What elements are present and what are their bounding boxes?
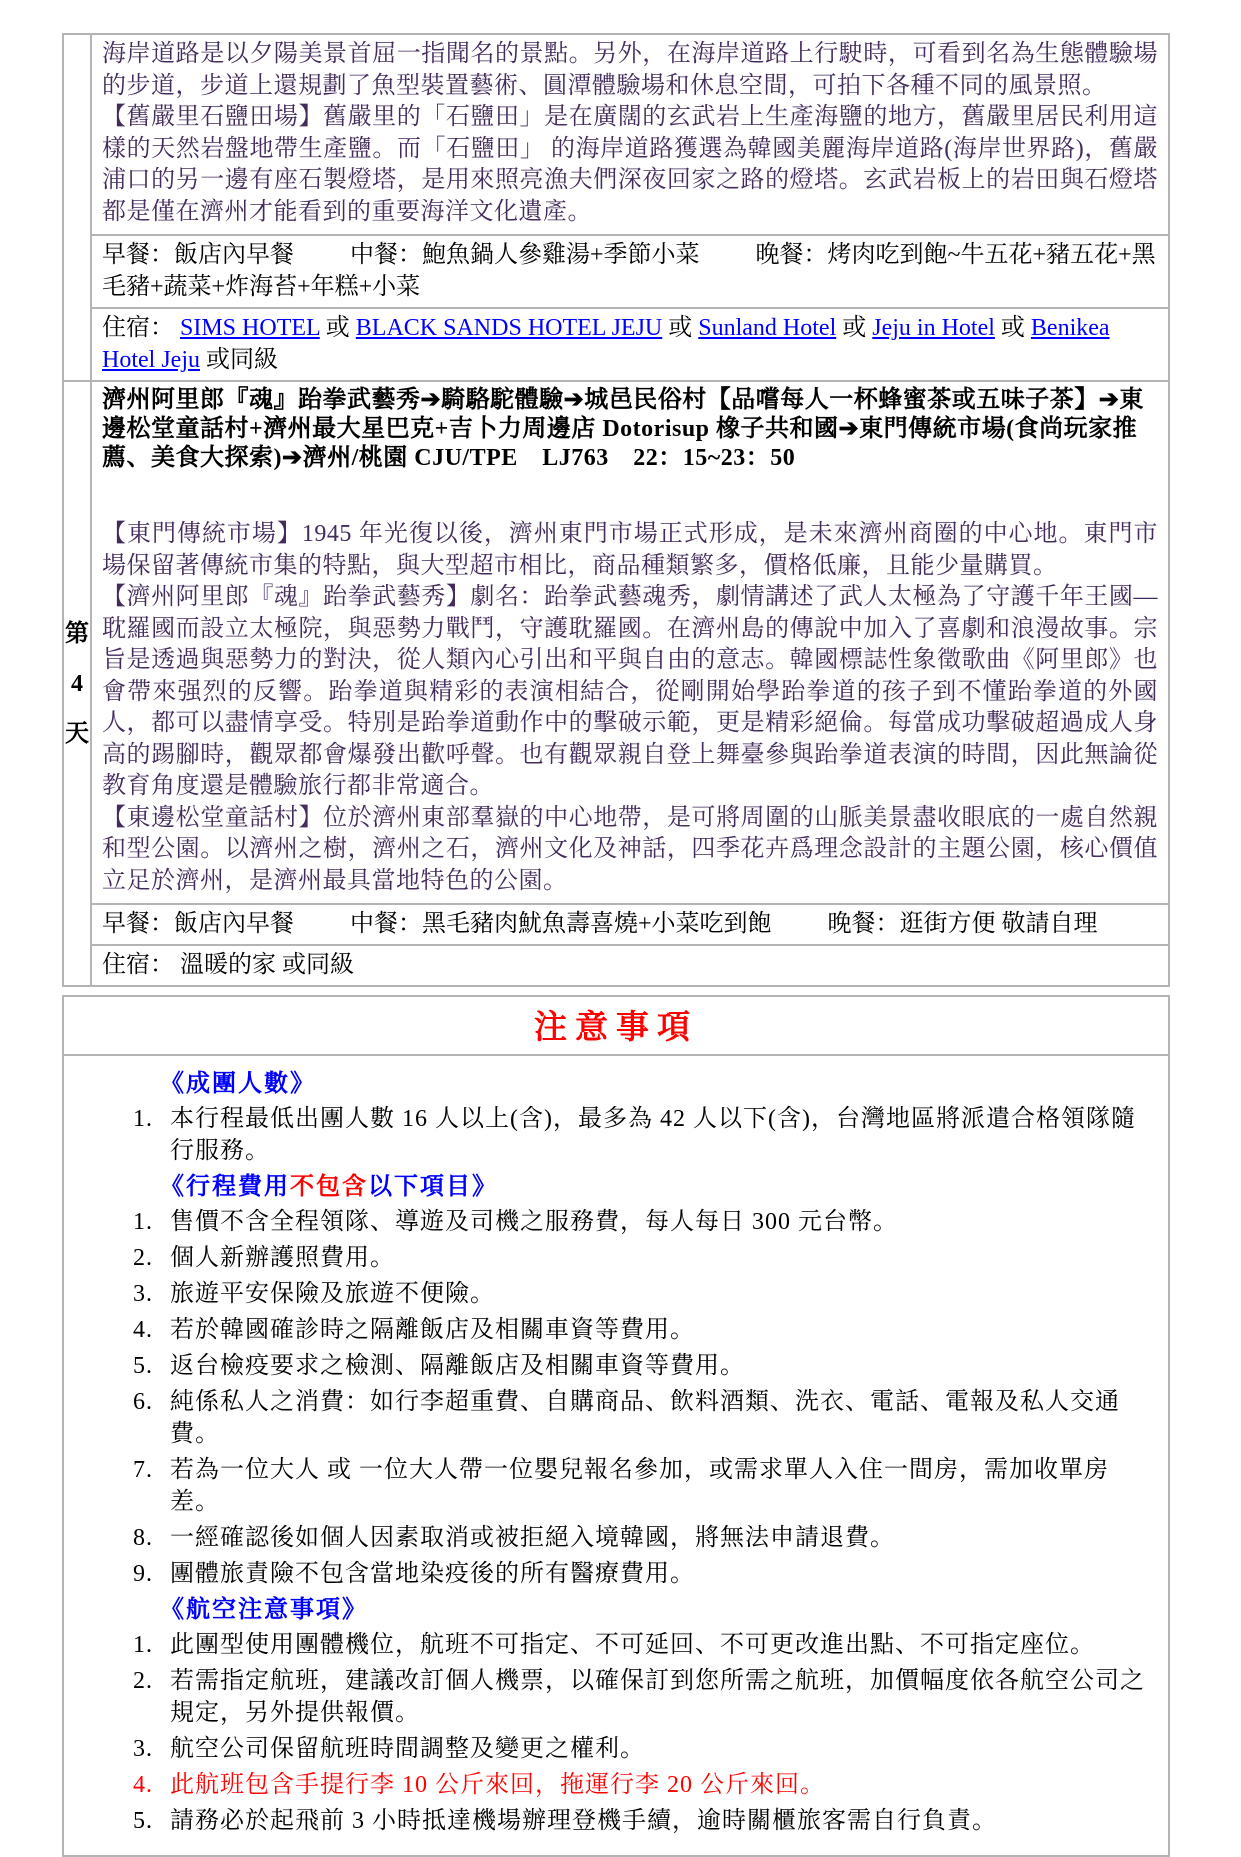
hotel-link-jeju-in[interactable]: Jeju in Hotel	[872, 315, 995, 341]
day4-breakfast: 早餐：飯店內早餐	[102, 911, 294, 937]
list-item: 純係私人之消費：如行李超重費、自購商品、飲料酒類、洗衣、電話、電報及私人交通費。	[160, 1386, 1154, 1450]
table-row: 住宿： SIMS HOTEL 或 BLACK SANDS HOTEL JEJU …	[63, 308, 1169, 381]
day4-label-char: 4	[64, 659, 90, 709]
table-row: 海岸道路是以夕陽美景首屈一指聞名的景點。另外，在海岸道路上行駛時，可看到名為生態…	[63, 34, 1169, 235]
day4-label-char: 第	[64, 609, 90, 659]
heading-part: 《行程費用	[160, 1174, 290, 1200]
table-row: 早餐：飯店內早餐中餐：鮑魚鍋人參雞湯+季節小菜晚餐：烤肉吃到飽~牛五花+豬五花+…	[63, 235, 1169, 308]
day3-meals-cell: 早餐：飯店內早餐中餐：鮑魚鍋人參雞湯+季節小菜晚餐：烤肉吃到飽~牛五花+豬五花+…	[91, 235, 1169, 308]
day4-hotel-line: 住宿： 溫暖的家 或同級	[102, 952, 354, 978]
day3-description-cell: 海岸道路是以夕陽美景首屈一指聞名的景點。另外，在海岸道路上行駛時，可看到名為生態…	[91, 34, 1169, 235]
list-item: 此團型使用團體機位，航班不可指定、不可延回、不可更改進出點、不可指定座位。	[160, 1629, 1154, 1661]
hotel-suffix: 或同級	[206, 347, 278, 373]
list-item: 若需指定航班，建議改訂個人機票，以確保訂到您所需之航班，加價幅度依各航空公司之規…	[160, 1665, 1154, 1729]
day4-paragraph-show: 【濟州阿里郎『魂』跆拳武藝秀】劇名：跆拳武藝魂秀，劇情講述了武人太極為了守護千年…	[102, 582, 1158, 803]
list-item: 航空公司保留航班時間調整及變更之權利。	[160, 1733, 1154, 1765]
list-item-baggage-red: 此航班包含手提行李 10 公斤來回，拖運行李 20 公斤來回。	[160, 1769, 1154, 1801]
list-item: 若於韓國確診時之隔離飯店及相關車資等費用。	[160, 1314, 1154, 1346]
day4-paragraph-park: 【東邊松堂童話村】位於濟州東部羣嶽的中心地帶，是可將周圍的山脈美景盡收眼底的一處…	[102, 803, 1158, 898]
or-separator: 或	[326, 315, 350, 341]
hotel-label: 住宿：	[102, 315, 174, 341]
table-row: 住宿： 溫暖的家 或同級	[63, 945, 1169, 986]
list-item: 本行程最低出團人數 16 人以上(含)，最多為 42 人以下(含)，台灣地區將派…	[160, 1103, 1154, 1167]
document-page: 海岸道路是以夕陽美景首屈一指聞名的景點。另外，在海岸道路上行駛時，可看到名為生態…	[0, 0, 1241, 1857]
day4-paragraph-market: 【東門傳統市場】1945 年光復以後，濟州東門市場正式形成，是未來濟州商圈的中心…	[102, 519, 1158, 582]
day3-paragraph-coast: 海岸道路是以夕陽美景首屈一指聞名的景點。另外，在海岸道路上行駛時，可看到名為生態…	[102, 39, 1158, 102]
day4-label-char: 天	[64, 709, 90, 759]
day3-label-cell	[63, 34, 91, 381]
table-row: 《成團人數》 本行程最低出團人數 16 人以上(含)，最多為 42 人以下(含)…	[63, 1055, 1169, 1856]
table-row: 早餐：飯店內早餐中餐：黑毛豬肉魷魚壽喜燒+小菜吃到飽晚餐：逛街方便 敬請自理	[63, 904, 1169, 945]
hotel-link-sunland[interactable]: Sunland Hotel	[698, 315, 836, 341]
list-item: 個人新辦護照費用。	[160, 1242, 1154, 1274]
or-separator: 或	[1001, 315, 1025, 341]
list-item: 若為一位大人 或 一位大人帶一位嬰兒報名參加，或需求單人入住一間房，需加收單房差…	[160, 1454, 1154, 1518]
notes-heading-members: 《成團人數》	[160, 1068, 1154, 1100]
day3-lunch: 中餐：鮑魚鍋人參雞湯+季節小菜	[350, 242, 700, 268]
table-row: 第 4 天 濟州阿里郎『魂』跆拳武藝秀➔騎駱駝體驗➔城邑民俗村【品嚐每人一杯蜂蜜…	[63, 381, 1169, 904]
list-item: 請務必於起飛前 3 小時抵達機場辦理登機手續，逾時關櫃旅客需自行負責。	[160, 1805, 1154, 1837]
day3-breakfast: 早餐：飯店內早餐	[102, 242, 294, 268]
notes-list-excluded: 售價不含全程領隊、導遊及司機之服務費，每人每日 300 元台幣。 個人新辦護照費…	[64, 1206, 1154, 1590]
list-item: 返台檢疫要求之檢測、隔離飯店及相關車資等費用。	[160, 1350, 1154, 1382]
notes-list-aviation: 此團型使用團體機位，航班不可指定、不可延回、不可更改進出點、不可指定座位。 若需…	[64, 1629, 1154, 1837]
list-item: 團體旅責險不包含當地染疫後的所有醫療費用。	[160, 1558, 1154, 1590]
table-row: 注意事項	[63, 996, 1169, 1055]
list-item: 一經確認後如個人因素取消或被拒絕入境韓國，將無法申請退費。	[160, 1522, 1154, 1554]
notes-heading-aviation: 《航空注意事項》	[160, 1594, 1154, 1626]
or-separator: 或	[668, 315, 692, 341]
day4-itinerary-title: 濟州阿里郎『魂』跆拳武藝秀➔騎駱駝體驗➔城邑民俗村【品嚐每人一杯蜂蜜茶或五味子茶…	[102, 386, 1158, 473]
hotel-link-sims[interactable]: SIMS HOTEL	[180, 315, 320, 341]
notes-table: 注意事項 《成團人數》 本行程最低出團人數 16 人以上(含)，最多為 42 人…	[62, 995, 1170, 1857]
day3-hotel-cell: 住宿： SIMS HOTEL 或 BLACK SANDS HOTEL JEJU …	[91, 308, 1169, 381]
day4-hotel-cell: 住宿： 溫暖的家 或同級	[91, 945, 1169, 986]
day3-paragraph-saltfield: 【舊嚴里石鹽田場】舊嚴里的「石鹽田」是在廣闊的玄武岩上生產海鹽的地方，舊嚴里居民…	[102, 102, 1158, 228]
day4-meals-cell: 早餐：飯店內早餐中餐：黑毛豬肉魷魚壽喜燒+小菜吃到飽晚餐：逛街方便 敬請自理	[91, 904, 1169, 945]
list-item: 旅遊平安保險及旅遊不便險。	[160, 1278, 1154, 1310]
day4-dinner: 晚餐：逛街方便 敬請自理	[828, 911, 1098, 937]
list-item: 售價不含全程領隊、導遊及司機之服務費，每人每日 300 元台幣。	[160, 1206, 1154, 1238]
day4-lunch: 中餐：黑毛豬肉魷魚壽喜燒+小菜吃到飽	[350, 911, 772, 937]
heading-part: 以下項目》	[368, 1174, 498, 1200]
day4-label-cell: 第 4 天	[63, 381, 91, 986]
heading-part-red: 不包含	[290, 1174, 368, 1200]
day4-main-cell: 濟州阿里郎『魂』跆拳武藝秀➔騎駱駝體驗➔城邑民俗村【品嚐每人一杯蜂蜜茶或五味子茶…	[91, 381, 1169, 904]
notes-list-members: 本行程最低出團人數 16 人以上(含)，最多為 42 人以下(含)，台灣地區將派…	[64, 1103, 1154, 1167]
notes-heading-excluded: 《行程費用不包含以下項目》	[160, 1171, 1154, 1203]
notes-title: 注意事項	[63, 996, 1169, 1055]
itinerary-table: 海岸道路是以夕陽美景首屈一指聞名的景點。另外，在海岸道路上行駛時，可看到名為生態…	[62, 33, 1170, 987]
notes-body-cell: 《成團人數》 本行程最低出團人數 16 人以上(含)，最多為 42 人以下(含)…	[63, 1055, 1169, 1856]
or-separator: 或	[842, 315, 866, 341]
hotel-link-black-sands[interactable]: BLACK SANDS HOTEL JEJU	[356, 315, 662, 341]
